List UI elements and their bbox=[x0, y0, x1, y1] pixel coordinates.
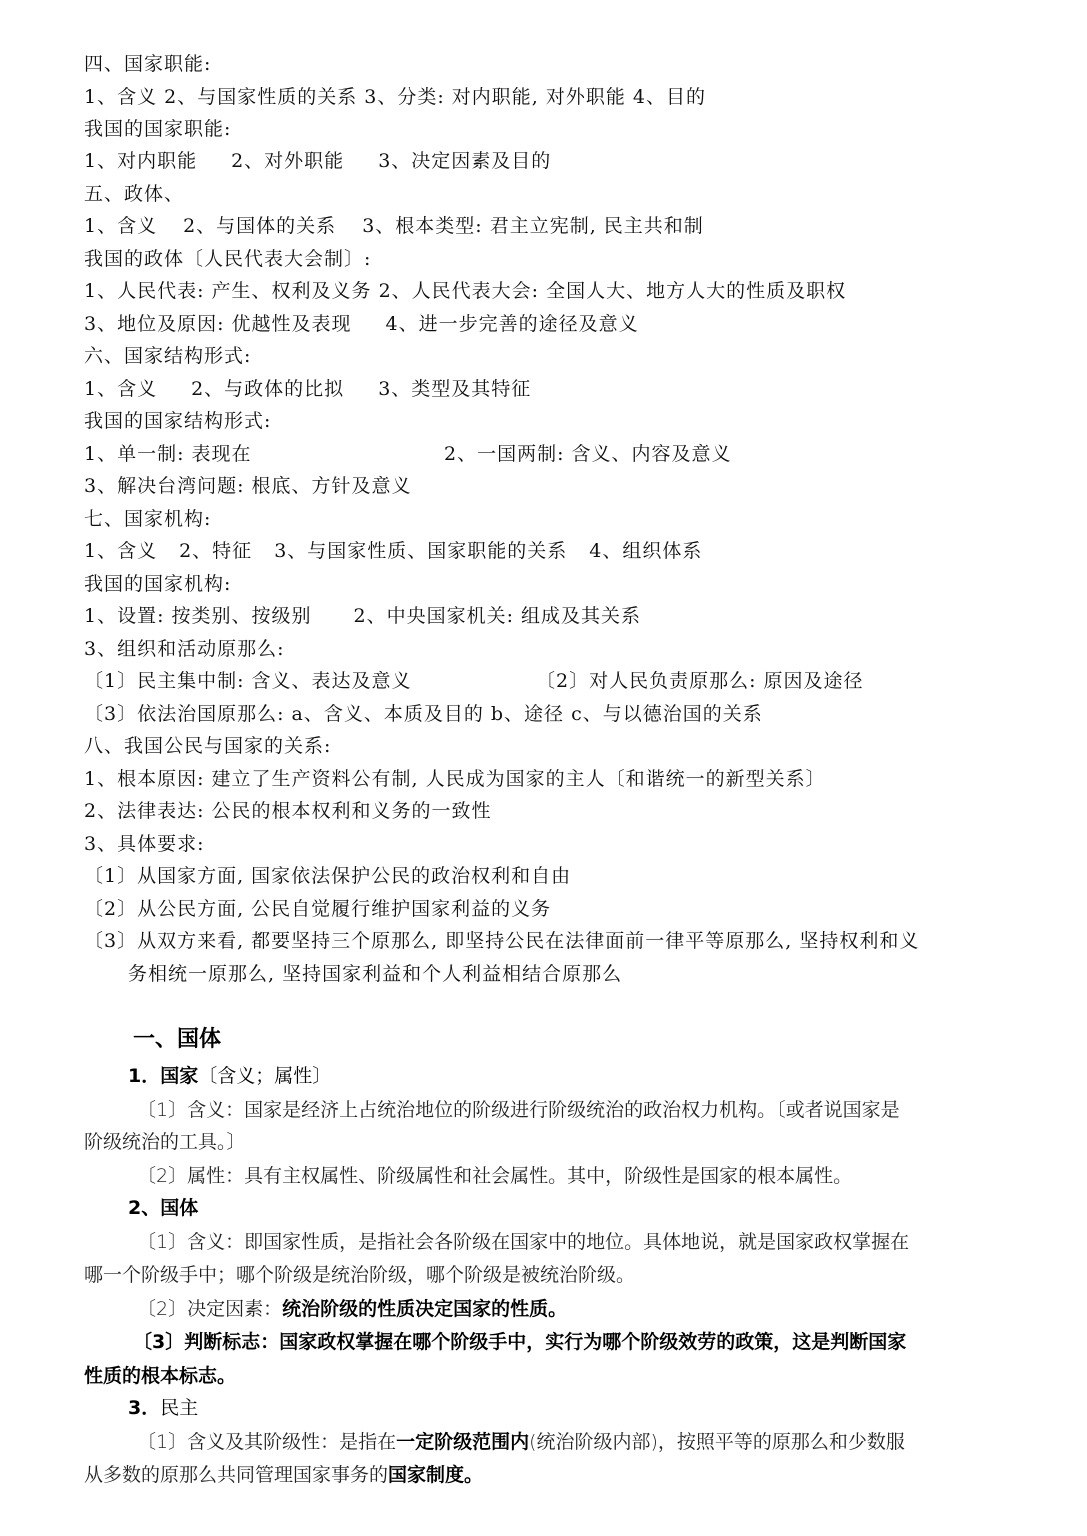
item: 2、对外职能 bbox=[231, 150, 344, 172]
item: 2、特征 bbox=[179, 540, 252, 562]
subsection-2-p2: 〔2〕决定因素：统治阶级的性质决定国家的性质。 bbox=[137, 1297, 567, 1321]
item: 1、单一制: 表现在 bbox=[84, 443, 252, 465]
section-7-ours-line4: 〔3〕依法治国原那么: a、含义、本质及目的 b、途径 c、与以德治国的关系 bbox=[84, 702, 763, 726]
section-8-req1: 〔1〕从国家方面, 国家依法保护公民的政治权利和自由 bbox=[84, 864, 571, 888]
item: 3、决定因素及目的 bbox=[378, 150, 551, 172]
section-8-req3-b: 务相统一原那么, 坚持国家利益和个人利益相结合原那么 bbox=[128, 962, 622, 986]
section-7-ours-line3-a: 〔1〕民主集中制: 含义、表达及意义 bbox=[84, 669, 412, 693]
subsection-2-p3-a: 〔3〕判断标志：国家政权掌握在哪个阶级手中，实行为哪个阶级效劳的政策，这是判断国… bbox=[133, 1330, 906, 1354]
section-6-items: 1、含义2、与政体的比拟3、类型及其特征 bbox=[84, 377, 531, 401]
section-7-items: 1、含义2、特征3、与国家性质、国家职能的关系4、组织体系 bbox=[84, 539, 702, 563]
section-8-line3: 3、具体要求: bbox=[84, 832, 205, 856]
item: 2、与国体的关系 bbox=[183, 215, 336, 237]
section-4-items: 1、含义 2、与国家性质的关系 3、分类: 对内职能, 对外职能 4、目的 bbox=[84, 85, 706, 109]
subsection-1-title: 1．国家〔含义；属性〕 bbox=[128, 1064, 331, 1088]
section-5-title: 五、政体、 bbox=[84, 182, 184, 206]
subsection-2-p3-b: 性质的根本标志。 bbox=[84, 1364, 236, 1388]
section-8-title: 八、我国公民与国家的关系: bbox=[84, 734, 331, 758]
subsection-1-p1-a: 〔1〕含义：国家是经济上占统治地位的阶级进行阶级统治的政治权力机构。〔或者说国家… bbox=[137, 1098, 900, 1122]
section-7-ours-title: 我国的国家机构: bbox=[84, 572, 231, 596]
subsection-1-p2: 〔2〕属性：具有主权属性、阶级属性和社会属性。其中，阶级性是国家的根本属性。 bbox=[137, 1164, 852, 1188]
item: 3、根本类型: 君主立宪制, 民主共和制 bbox=[362, 215, 704, 237]
subsection-2-p1-b: 哪一个阶级手中；哪个阶级是统治阶级，哪个阶级是被统治阶级。 bbox=[84, 1263, 635, 1287]
section-5-items: 1、含义2、与国体的关系3、根本类型: 君主立宪制, 民主共和制 bbox=[84, 214, 704, 238]
item: 1、对内职能 bbox=[84, 150, 197, 172]
item: 1、含义 bbox=[84, 540, 157, 562]
section-8-req2: 〔2〕从公民方面, 公民自觉履行维护国家利益的义务 bbox=[84, 897, 551, 921]
subsection-1-title-rest: 〔含义；属性〕 bbox=[198, 1065, 331, 1087]
subsection-2-p1-a: 〔1〕含义：即国家性质，是指社会各阶级在国家中的地位。具体地说，就是国家政权掌握… bbox=[137, 1230, 909, 1254]
section-8-req3-a: 〔3〕从双方来看, 都要坚持三个原那么, 即坚持公民在法律面前一律平等原那么, … bbox=[84, 929, 919, 953]
subsection-3-title-rest: 民主 bbox=[160, 1397, 198, 1419]
text: 〔1〕含义及其阶级性：是指在 bbox=[137, 1431, 396, 1453]
section-7-ours-line2: 3、组织和活动原那么: bbox=[84, 637, 285, 661]
section-6-ours-line1: 1、单一制: 表现在 bbox=[84, 442, 252, 466]
p2-label: 〔2〕决定因素： bbox=[137, 1298, 282, 1320]
p2-bold: 统治阶级的性质决定国家的性质。 bbox=[282, 1298, 567, 1320]
section-6-ours-line2: 3、解决台湾问题: 根底、方针及意义 bbox=[84, 474, 412, 498]
section-6-ours-title: 我国的国家结构形式: bbox=[84, 409, 271, 433]
section-5-ours-title: 我国的政体〔人民代表大会制〕: bbox=[84, 247, 371, 271]
section-4-ours-title: 我国的国家职能: bbox=[84, 117, 231, 141]
item: 1、含义 bbox=[84, 215, 157, 237]
subsection-1-title-bold: 1．国家 bbox=[128, 1065, 198, 1087]
item: 3、地位及原因: 优越性及表现 bbox=[84, 313, 352, 335]
section-7-ours-line1: 1、设置: 按类别、按级别2、中央国家机关: 组成及其关系 bbox=[84, 604, 641, 628]
item: 4、进一步完善的途径及意义 bbox=[386, 313, 639, 335]
item: 3、类型及其特征 bbox=[378, 378, 531, 400]
detail-heading: 一、国体 bbox=[133, 1028, 221, 1052]
section-4-title: 四、国家职能: bbox=[84, 52, 211, 76]
section-4-ours-items: 1、对内职能2、对外职能3、决定因素及目的 bbox=[84, 149, 551, 173]
subsection-3-title-bold: 3． bbox=[128, 1397, 160, 1419]
item: 3、与国家性质、国家职能的关系 bbox=[274, 540, 567, 562]
text: 从多数的原那么共同管理国家事务的 bbox=[84, 1464, 388, 1486]
subsection-3-p1-b: 从多数的原那么共同管理国家事务的国家制度。 bbox=[84, 1463, 483, 1487]
document-page: 四、国家职能: 1、含义 2、与国家性质的关系 3、分类: 对内职能, 对外职能… bbox=[0, 0, 1087, 1536]
section-8-line1: 1、根本原因: 建立了生产资料公有制, 人民成为国家的主人〔和谐统一的新型关系〕 bbox=[84, 767, 826, 791]
bold-text: 一定阶级范围内 bbox=[396, 1431, 529, 1453]
section-8-line2: 2、法律表达: 公民的根本权利和义务的一致性 bbox=[84, 799, 492, 823]
item: 4、组织体系 bbox=[589, 540, 702, 562]
section-6-title: 六、国家结构形式: bbox=[84, 344, 251, 368]
subsection-1-p1-b: 阶级统治的工具。〕 bbox=[84, 1130, 246, 1154]
item: 1、含义 bbox=[84, 378, 157, 400]
item: 2、与政体的比拟 bbox=[191, 378, 344, 400]
section-5-ours-line2: 3、地位及原因: 优越性及表现4、进一步完善的途径及意义 bbox=[84, 312, 639, 336]
text: (统治阶级内部)，按照平等的原那么和少数服 bbox=[529, 1431, 905, 1453]
item: 2、中央国家机关: 组成及其关系 bbox=[354, 605, 642, 627]
section-6-ours-line1-b: 2、一国两制: 含义、内容及意义 bbox=[444, 442, 732, 466]
subsection-2-title: 2、国体 bbox=[128, 1196, 198, 1220]
item: 1、设置: 按类别、按级别 bbox=[84, 605, 312, 627]
bold-text: 国家制度。 bbox=[388, 1464, 483, 1486]
section-7-title: 七、国家机构: bbox=[84, 507, 211, 531]
section-7-ours-line3-b: 〔2〕对人民负责原那么: 原因及途径 bbox=[536, 669, 864, 693]
subsection-3-title: 3．民主 bbox=[128, 1396, 198, 1420]
section-5-ours-line1: 1、人民代表: 产生、权利及义务 2、人民代表大会: 全国人大、地方人大的性质及… bbox=[84, 279, 846, 303]
subsection-3-p1-a: 〔1〕含义及其阶级性：是指在一定阶级范围内(统治阶级内部)，按照平等的原那么和少… bbox=[137, 1430, 905, 1454]
